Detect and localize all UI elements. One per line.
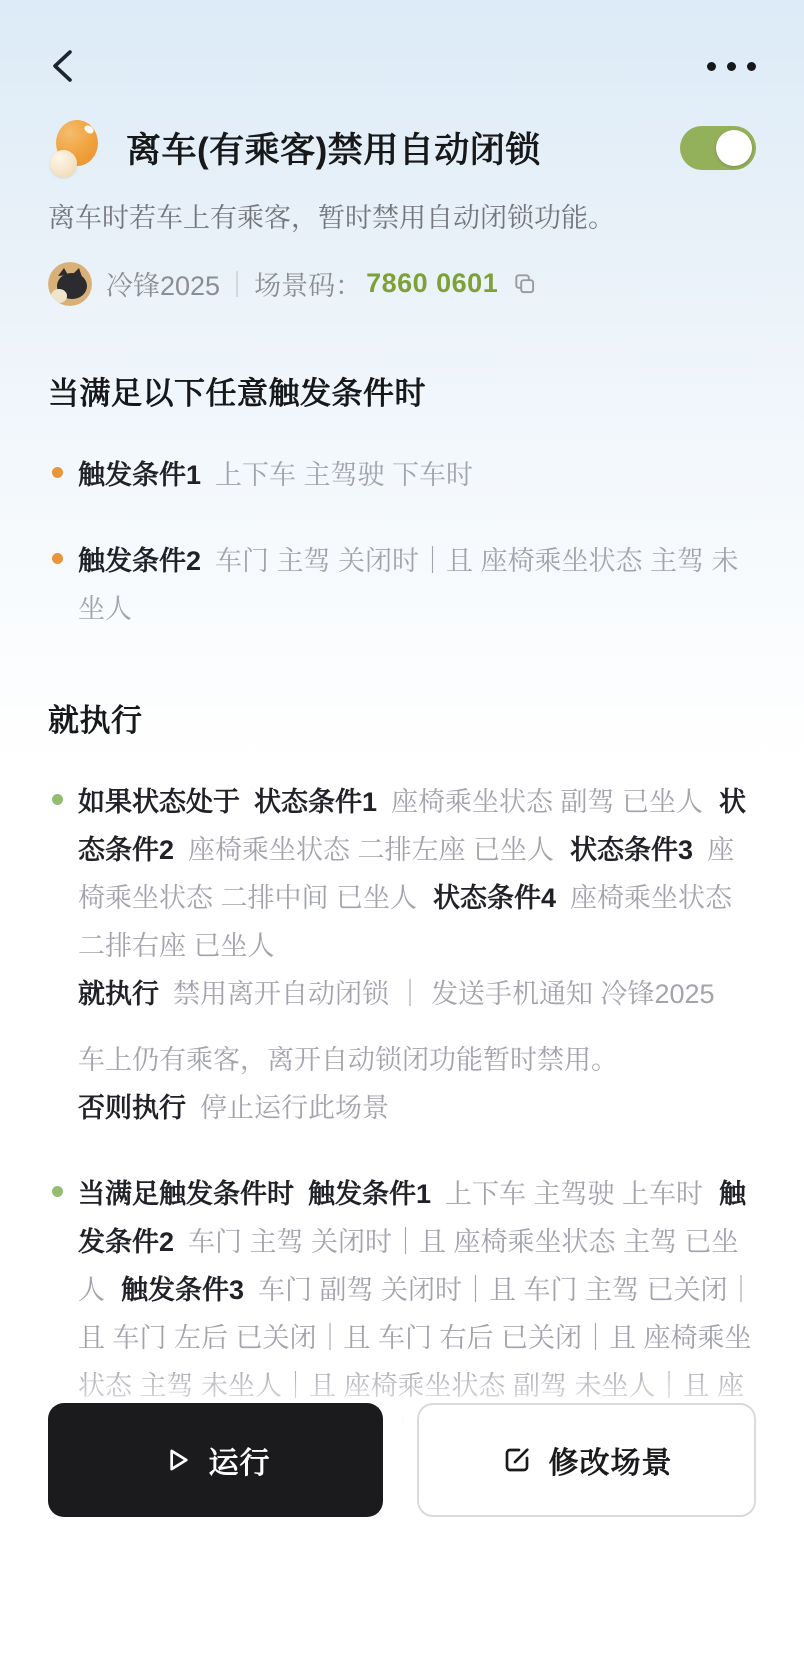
section-title: 当满足以下任意触发条件时 [48,368,756,413]
condition-label: 触发条件2 [78,546,201,576]
condition-label: 触发条件1 [308,1179,431,1209]
bullet-dot [52,467,63,478]
condition-label: 就执行 [78,979,159,1009]
condition-value: 车上仍有乘客，离开自动锁闭功能暂时禁用。 [78,1045,618,1075]
avatar[interactable] [48,262,92,306]
copy-button[interactable] [512,271,538,297]
condition-label: 如果状态处于 [78,787,240,817]
more-menu-button[interactable] [707,52,756,81]
scene-emoji-icon [48,118,104,178]
play-icon [161,1444,193,1476]
run-button[interactable]: 运行 [48,1403,383,1517]
action-item: 如果状态处于状态条件1座椅乘坐状态 副驾 已坐人状态条件2座椅乘坐状态 二排左座… [48,778,756,1132]
top-nav [48,44,756,88]
scene-description: 离车时若车上有乘客，暂时禁用自动闭锁功能。 [48,200,756,238]
condition-value: 座椅乘坐状态 副驾 已坐人 [391,787,703,817]
ellipsis-icon [707,62,716,71]
item-paragraph: 触发条件1上下车 主驾驶 下车时 [78,451,756,499]
copy-icon [512,271,538,297]
item-paragraph: 否则执行停止运行此场景 [78,1084,756,1132]
condition-value: 上下车 主驾驶 下车时 [215,460,473,490]
bottom-action-bar: 运行 修改场景 [0,1365,804,1665]
condition-label: 状态条件3 [570,835,693,865]
author-row: 冷锋2025 场景码： 7860 0601 [48,262,756,306]
condition-label: 状态条件4 [433,883,556,913]
edit-square-icon [501,1444,533,1476]
section: 当满足以下任意触发条件时触发条件1上下车 主驾驶 下车时触发条件2车门 主驾 关… [48,368,756,633]
item-body: 触发条件1上下车 主驾驶 下车时 [78,451,756,499]
scene-title-row: 离车(有乘客)禁用自动闭锁 [48,118,756,178]
condition-label: 否则执行 [78,1093,186,1123]
scene-code-label: 场景码： [254,264,362,303]
section-title: 就执行 [48,695,756,740]
author-name: 冷锋2025 [106,264,220,303]
run-button-label: 运行 [209,1438,271,1482]
item-paragraph: 触发条件2车门 主驾 关闭时｜且 座椅乘坐状态 主驾 未坐人 [78,537,756,633]
bullet-dot [52,1186,63,1197]
condition-label: 触发条件1 [78,460,201,490]
item-body: 触发条件2车门 主驾 关闭时｜且 座椅乘坐状态 主驾 未坐人 [78,537,756,633]
back-button[interactable] [48,48,84,84]
condition-value: 上下车 主驾驶 上车时 [445,1179,703,1209]
chevron-left-icon [48,49,78,83]
condition-label: 触发条件3 [121,1275,244,1305]
divider [236,271,238,297]
condition-label: 当满足触发条件时 [78,1179,294,1209]
condition-value: 停止运行此场景 [200,1093,389,1123]
item-paragraph: 车上仍有乘客，离开自动锁闭功能暂时禁用。 [78,1036,756,1084]
condition-value: 禁用离开自动闭锁 ｜ 发送手机通知 冷锋2025 [173,979,715,1009]
item-paragraph: 如果状态处于状态条件1座椅乘坐状态 副驾 已坐人状态条件2座椅乘坐状态 二排左座… [78,778,756,970]
condition-value: 座椅乘坐状态 二排左座 已坐人 [188,835,554,865]
condition-label: 状态条件1 [254,787,377,817]
toggle-knob [716,130,752,166]
trigger-condition-item: 触发条件1上下车 主驾驶 下车时 [48,451,756,499]
bullet-dot [52,553,63,564]
scene-content: 离车(有乘客)禁用自动闭锁 离车时若车上有乘客，暂时禁用自动闭锁功能。 冷锋20… [0,0,804,1554]
edit-scene-button[interactable]: 修改场景 [417,1403,756,1517]
item-paragraph: 就执行禁用离开自动闭锁 ｜ 发送手机通知 冷锋2025 [78,970,756,1018]
scene-enabled-toggle[interactable] [680,126,756,170]
bullet-dot [52,794,63,805]
scene-title: 离车(有乘客)禁用自动闭锁 [126,123,680,173]
item-body: 如果状态处于状态条件1座椅乘坐状态 副驾 已坐人状态条件2座椅乘坐状态 二排左座… [78,778,756,1132]
edit-scene-button-label: 修改场景 [549,1438,673,1482]
scene-code-value: 7860 0601 [366,268,498,299]
scene-detail-page: 离车(有乘客)禁用自动闭锁 离车时若车上有乘客，暂时禁用自动闭锁功能。 冷锋20… [0,0,804,1665]
trigger-condition-item: 触发条件2车门 主驾 关闭时｜且 座椅乘坐状态 主驾 未坐人 [48,537,756,633]
